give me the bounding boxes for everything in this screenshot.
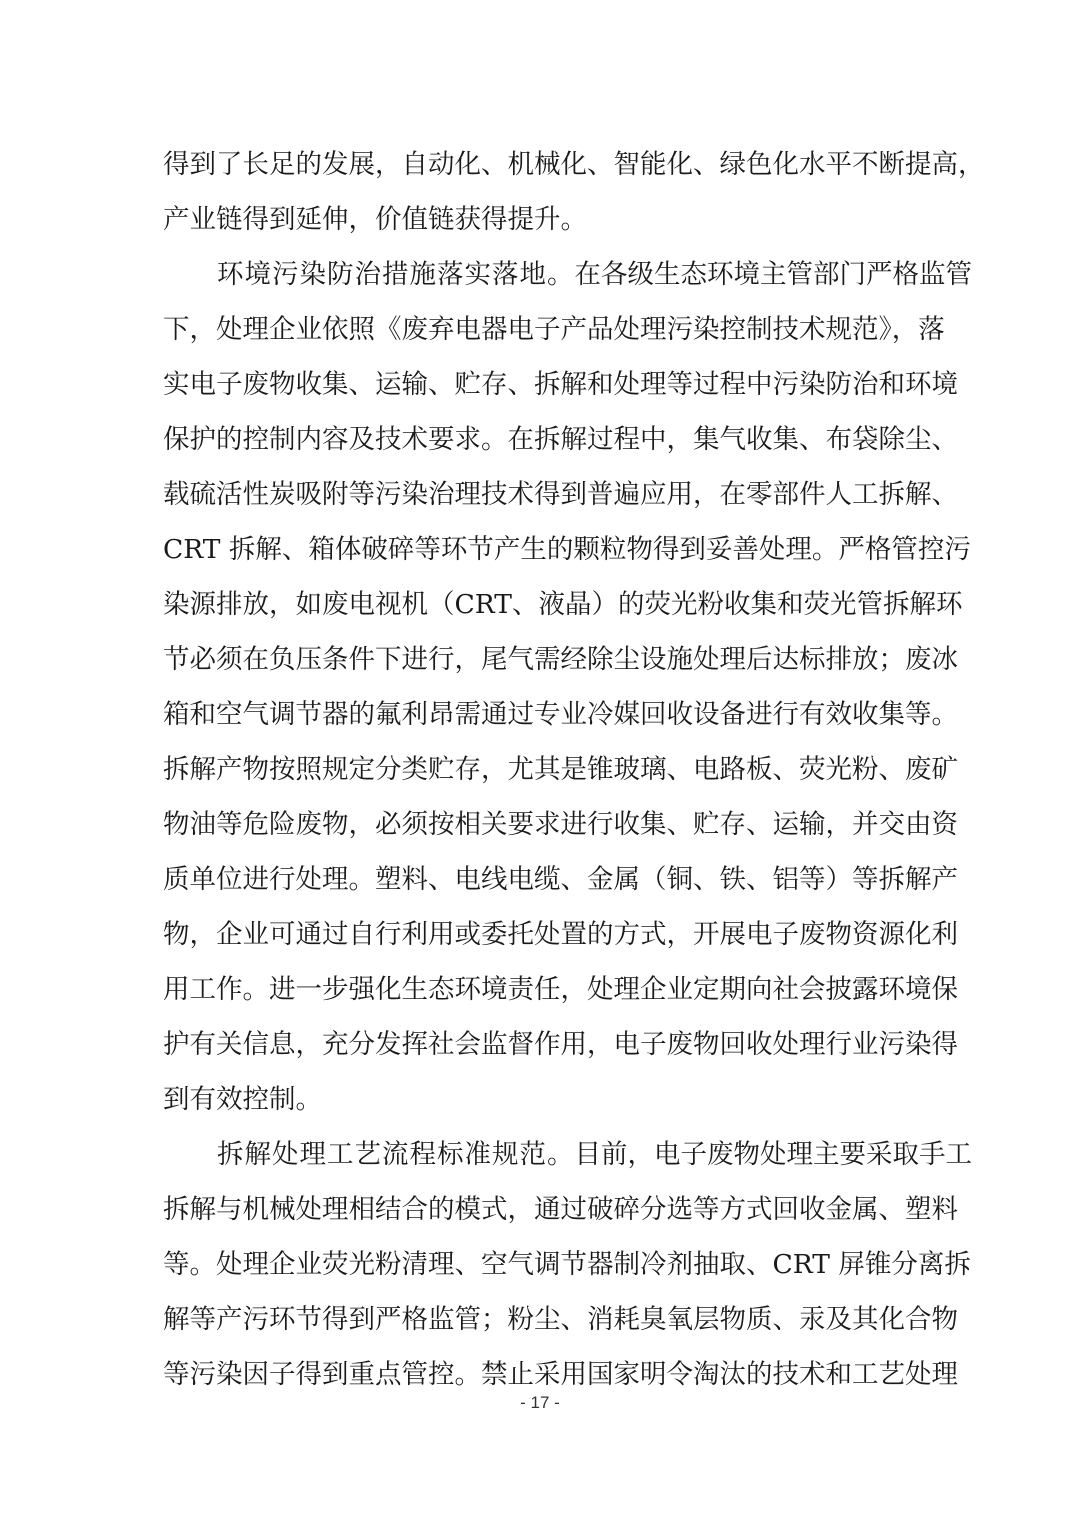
text-line: 护有关信息，充分发挥社会监督作用，电子废物回收处理行业污染得 (163, 1025, 919, 1080)
paragraph-continuation: 得到了长足的发展，自动化、机械化、智能化、绿色化水平不断提高， 产业链得到延伸，… (163, 145, 919, 255)
text-line: 保护的控制内容及技术要求。在拆解过程中，集气收集、布袋除尘、 (163, 420, 919, 475)
text-line: 环境污染防治措施落实落地。在各级生态环境主管部门严格监管 (163, 255, 919, 310)
text-line: 得到了长足的发展，自动化、机械化、智能化、绿色化水平不断提高， (163, 145, 919, 200)
text-line: 实电子废物收集、运输、贮存、拆解和处理等过程中污染防治和环境 (163, 365, 919, 420)
text-line: 下，处理企业依照《废弃电器电子产品处理污染控制技术规范》，落 (163, 310, 919, 365)
document-page: 得到了长足的发展，自动化、机械化、智能化、绿色化水平不断提高， 产业链得到延伸，… (163, 145, 919, 1410)
text-run: 目前，电子废物处理主要采取手工 (575, 1139, 973, 1170)
text-line: 等。处理企业荧光粉清理、空气调节器制冷剂抽取、CRT 屏锥分离拆 (163, 1245, 919, 1300)
text-line: 用工作。进一步强化生态环境责任，处理企业定期向社会披露环境保 (163, 970, 919, 1025)
text-line: 染源排放，如废电视机（CRT、液晶）的荧光粉收集和荧光管拆解环 (163, 585, 919, 640)
text-line: 拆解产物按照规定分类贮存，尤其是锥玻璃、电路板、荧光粉、废矿 (163, 750, 919, 805)
text-line: 解等产污环节得到严格监管；粉尘、消耗臭氧层物质、汞及其化合物 (163, 1300, 919, 1355)
paragraph-pollution-prevention: 环境污染防治措施落实落地。在各级生态环境主管部门严格监管 下，处理企业依照《废弃… (163, 255, 919, 1135)
text-line: 拆解与机械处理相结合的模式，通过破碎分选等方式回收金属、塑料 (163, 1190, 919, 1245)
text-line: CRT 拆解、箱体破碎等环节产生的颗粒物得到妥善处理。严格管控污 (163, 530, 919, 585)
text-line: 物油等危险废物，必须按相关要求进行收集、贮存、运输，并交由资 (163, 805, 919, 860)
text-run: 在各级生态环境主管部门严格监管 (575, 259, 973, 290)
text-line: 质单位进行处理。塑料、电线电缆、金属（铜、铁、铝等）等拆解产 (163, 860, 919, 915)
text-line: 到有效控制。 (163, 1080, 919, 1135)
paragraph-heading: 环境污染防治措施落实落地。 (217, 259, 575, 290)
paragraph-process-standards: 拆解处理工艺流程标准规范。目前，电子废物处理主要采取手工 拆解与机械处理相结合的… (163, 1135, 919, 1410)
text-line: 拆解处理工艺流程标准规范。目前，电子废物处理主要采取手工 (163, 1135, 919, 1190)
text-line: 节必须在负压条件下进行，尾气需经除尘设施处理后达标排放；废冰 (163, 640, 919, 695)
page-number: - 17 - (0, 1393, 1080, 1413)
text-line: 载硫活性炭吸附等污染治理技术得到普遍应用，在零部件人工拆解、 (163, 475, 919, 530)
text-line: 箱和空气调节器的氟利昂需通过专业冷媒回收设备进行有效收集等。 (163, 695, 919, 750)
paragraph-heading: 拆解处理工艺流程标准规范。 (217, 1139, 575, 1170)
text-line: 物，企业可通过自行利用或委托处置的方式，开展电子废物资源化利 (163, 915, 919, 970)
text-line: 产业链得到延伸，价值链获得提升。 (163, 200, 919, 255)
